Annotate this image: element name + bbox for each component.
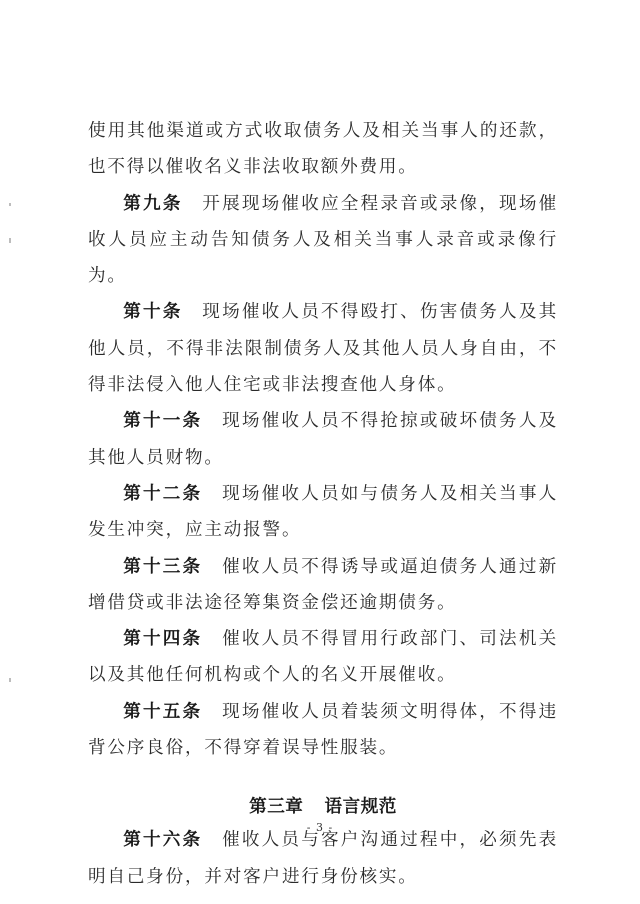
scan-mark (9, 238, 11, 243)
article-10: 第十条现场催收人员不得殴打、伤害债务人及其他人员，不得非法限制债务人及其他人员人… (88, 294, 558, 403)
article-11: 第十一条现场催收人员不得抢掠或破坏债务人及其他人员财物。 (88, 403, 558, 476)
article-number: 第十二条 (123, 483, 202, 504)
article-14: 第十四条催收人员不得冒用行政部门、司法机关以及其他任何机构或个人的名义开展催收。 (88, 621, 558, 694)
article-9: 第九条开展现场催收应全程录音或录像，现场催收人员应主动告知债务人及相关当事人录音… (88, 186, 558, 295)
article-number: 第十五条 (123, 701, 202, 722)
article-number: 第十一条 (123, 410, 202, 431)
article-number: 第十四条 (123, 628, 202, 649)
chapter-title: 语言规范 (325, 797, 397, 817)
article-number: 第十三条 (123, 556, 202, 577)
continued-paragraph: 使用其他渠道或方式收取债务人及相关当事人的还款，也不得以催收名义非法收取额外费用… (88, 113, 558, 186)
document-body: 使用其他渠道或方式收取债务人及相关当事人的还款，也不得以催收名义非法收取额外费用… (88, 113, 558, 895)
article-13: 第十三条催收人员不得诱导或逼迫债务人通过新增借贷或非法途径筹集资金偿还逾期债务。 (88, 549, 558, 622)
article-12: 第十二条现场催收人员如与债务人及相关当事人发生冲突，应主动报警。 (88, 476, 558, 549)
article-number: 第九条 (123, 193, 182, 214)
article-number: 第十条 (123, 301, 182, 322)
chapter-heading: 第三章语言规范 (88, 792, 558, 822)
document-page: 使用其他渠道或方式收取债务人及相关当事人的还款，也不得以催收名义非法收取额外费用… (0, 0, 640, 904)
article-15: 第十五条现场催收人员着装须文明得体，不得违背公序良俗，不得穿着误导性服装。 (88, 694, 558, 767)
page-number: - 3 - (0, 821, 640, 834)
scan-mark (9, 678, 11, 682)
chapter-number: 第三章 (249, 797, 303, 817)
scan-mark (9, 203, 11, 206)
